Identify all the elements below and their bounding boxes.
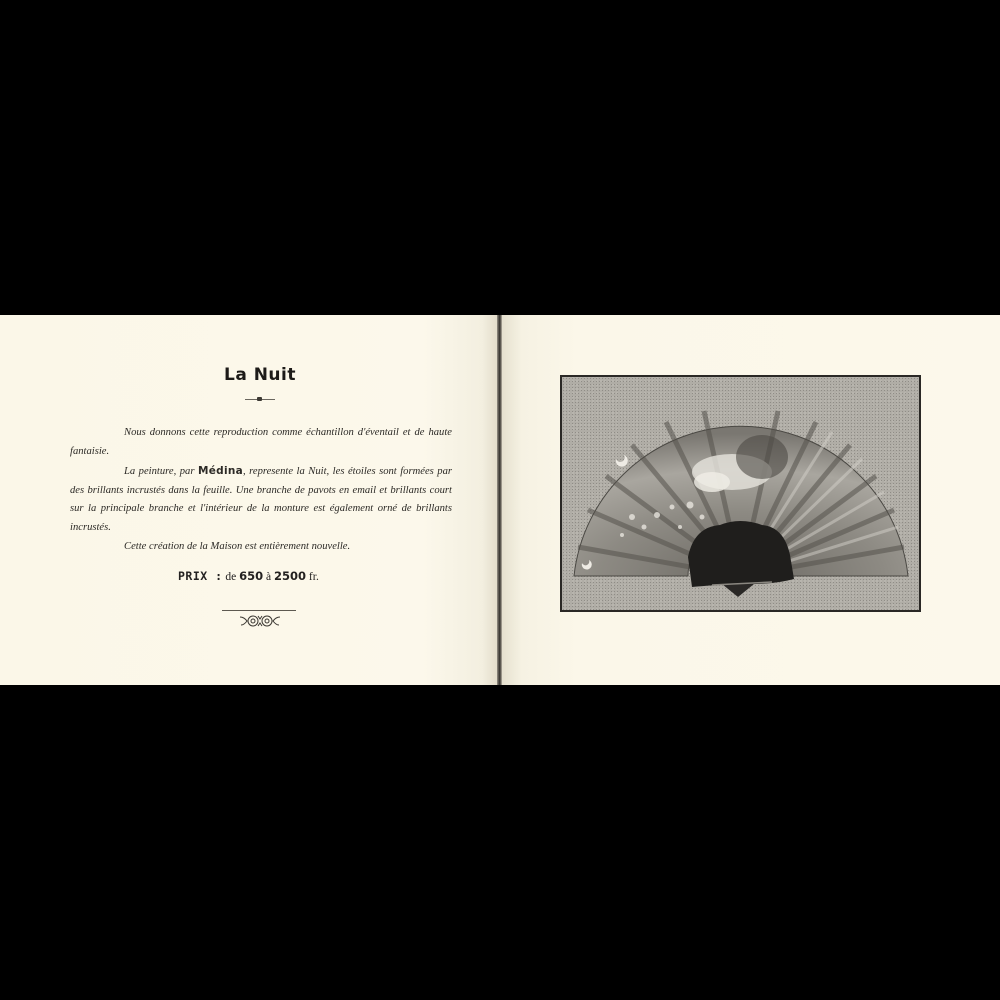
floral-tailpiece-icon <box>238 613 282 629</box>
right-page <box>502 315 1000 685</box>
open-booklet-spread: La Nuit Nous donnons cette reproduction … <box>0 315 1000 685</box>
paragraph-painting: La peinture, par Médina, represente la N… <box>70 462 452 537</box>
fan-photograph <box>560 375 921 612</box>
price-max: 2500 <box>274 569 306 583</box>
title-rule-dot <box>257 397 262 401</box>
left-page: La Nuit Nous donnons cette reproduction … <box>0 315 497 685</box>
price-min: 650 <box>239 569 263 583</box>
paragraph-intro: Nous donnons cette reproduction comme éc… <box>70 424 452 461</box>
tailpiece-rule <box>222 610 296 611</box>
price-line: PRIX : de 650 à 2500 fr. <box>178 569 319 583</box>
folding-fan-illustration <box>562 377 919 610</box>
artist-name: Médina <box>198 465 243 477</box>
price-from-word: de <box>225 571 236 583</box>
paragraph-painting-lead: La peinture, par <box>124 466 198 477</box>
price-label: PRIX : <box>178 569 223 583</box>
price-to-word: à <box>266 571 271 583</box>
paragraph-novelty: Cette création de la Maison est entièrem… <box>70 538 452 557</box>
price-unit: fr. <box>309 571 319 583</box>
description-text: Nous donnons cette reproduction comme éc… <box>70 424 452 557</box>
page-title: La Nuit <box>0 365 520 385</box>
